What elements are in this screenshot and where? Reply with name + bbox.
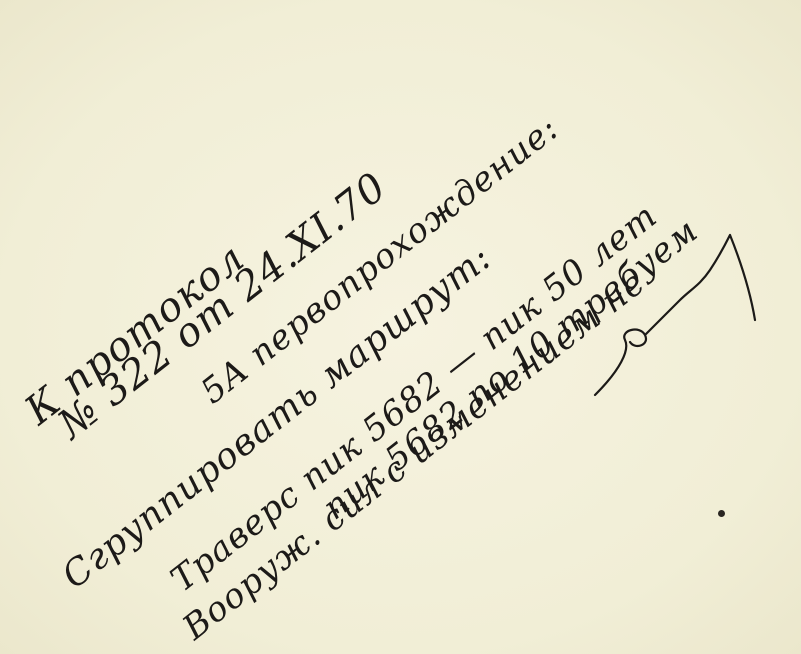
ink-dot (718, 510, 725, 517)
signature-mark (590, 230, 760, 400)
